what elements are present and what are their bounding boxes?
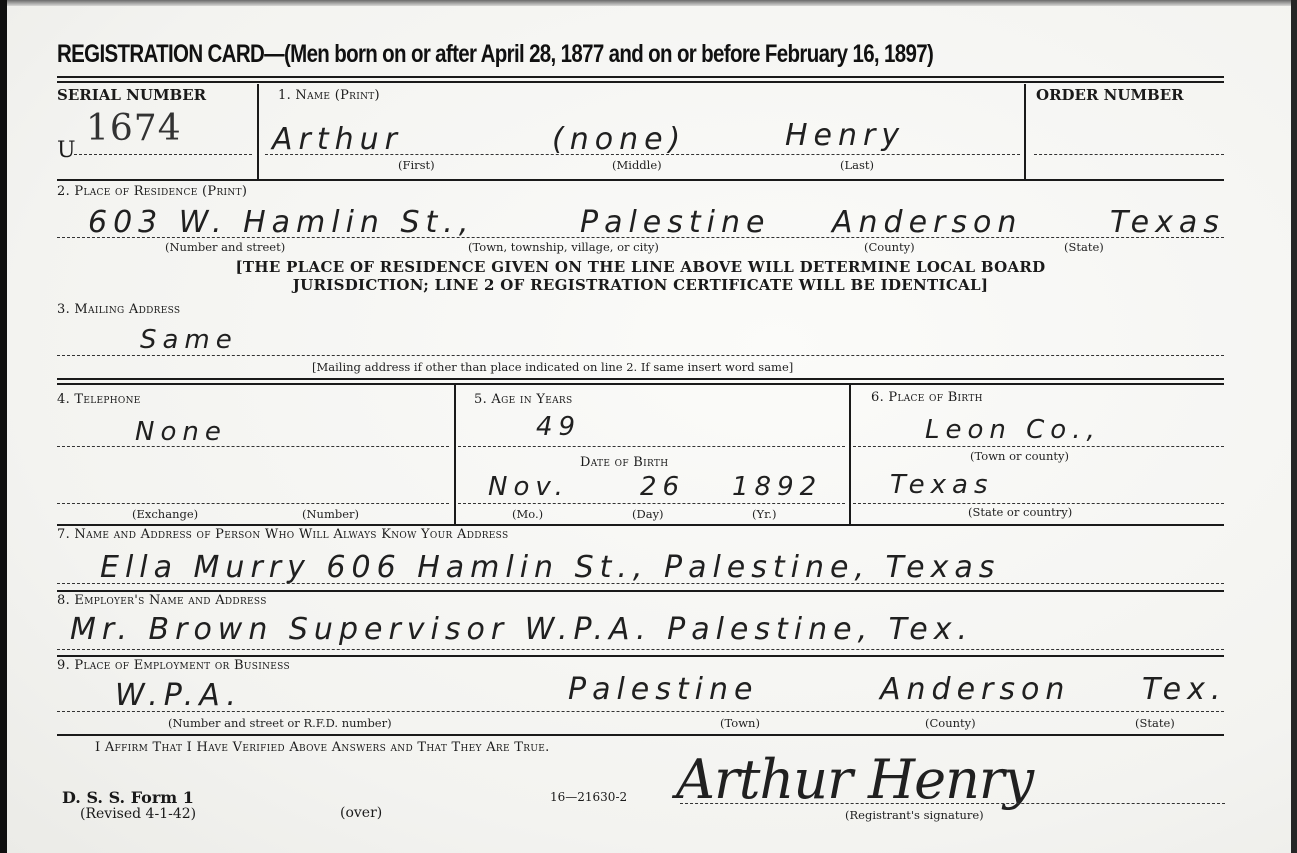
mailing-address-label: 3. Mailing Address — [57, 302, 180, 317]
age-value[interactable]: 49 — [536, 412, 581, 442]
name-line — [265, 154, 1020, 155]
employment-county-value[interactable]: Anderson — [880, 672, 1070, 707]
name-middle-value[interactable]: (none) — [552, 122, 686, 157]
telephone-line2 — [57, 503, 449, 504]
row8-rule — [57, 655, 1224, 657]
employment-street-caption: (Number and street or R.F.D. number) — [168, 716, 392, 730]
order-divider — [1024, 84, 1026, 180]
age-line — [458, 446, 845, 447]
employment-state-value[interactable]: Tex. — [1142, 672, 1226, 707]
birthplace-town-line — [853, 446, 1224, 447]
card-title: REGISTRATION CARD—(Men born on or after … — [57, 40, 933, 69]
form-revised: (Revised 4-1-42) — [80, 806, 196, 822]
employment-town-value[interactable]: Palestine — [568, 672, 758, 707]
telephone-value[interactable]: None — [135, 417, 227, 447]
mailing-line — [57, 355, 1224, 356]
residence-county-value[interactable]: Anderson — [832, 205, 1022, 240]
dob-line — [458, 503, 845, 504]
telephone-divider — [454, 385, 456, 525]
scan-edge-right — [1291, 0, 1297, 853]
age-divider — [849, 385, 851, 525]
form-id: D. S. S. Form 1 — [62, 788, 194, 807]
employer-line — [57, 649, 1224, 650]
employer-label: 8. Employer's Name and Address — [57, 593, 267, 608]
title-rule-top — [57, 76, 1224, 78]
telephone-line1 — [57, 446, 449, 447]
employment-county-caption: (County) — [925, 716, 976, 730]
residence-town-caption: (Town, township, village, or city) — [468, 240, 659, 254]
residence-state-caption: (State) — [1064, 240, 1104, 254]
row1-rule — [57, 179, 1224, 181]
birthplace-state-value[interactable]: Texas — [890, 470, 994, 500]
signature-line — [680, 803, 1225, 804]
dob-day-caption: (Day) — [632, 507, 664, 521]
order-number-line — [1034, 154, 1224, 155]
title-rule-bottom — [57, 81, 1224, 83]
contact-label: 7. Name and Address of Person Who Will A… — [57, 527, 508, 542]
scan-edge-left — [0, 0, 7, 853]
employment-place-label: 9. Place of Employment or Business — [57, 658, 290, 673]
contact-value[interactable]: Ella Murry 606 Hamlin St., Palestine, Te… — [100, 550, 1000, 585]
employment-line — [57, 711, 1224, 712]
residence-line — [57, 237, 1224, 238]
serial-line — [74, 154, 252, 155]
birthplace-label: 6. Place of Birth — [871, 390, 983, 405]
dob-month-value[interactable]: Nov. — [488, 472, 569, 502]
contact-line — [57, 583, 1224, 584]
name-middle-caption: (Middle) — [612, 158, 662, 172]
serial-prefix: U — [57, 138, 76, 163]
dob-month-caption: (Mo.) — [512, 507, 543, 521]
print-code: 16—21630-2 — [550, 790, 627, 804]
mailing-address-value[interactable]: Same — [140, 325, 238, 355]
dob-year-value[interactable]: 1892 — [732, 472, 822, 502]
residence-town-value[interactable]: Palestine — [580, 205, 770, 240]
birthplace-state-caption: (State or country) — [968, 505, 1072, 519]
affirmation-text: I Affirm That I Have Verified Above Answ… — [95, 740, 550, 755]
telephone-label: 4. Telephone — [57, 392, 141, 407]
birthplace-town-value[interactable]: Leon Co., — [925, 415, 1101, 445]
order-number-label: ORDER NUMBER — [1036, 86, 1184, 104]
row6-rule — [57, 524, 1224, 526]
employer-value[interactable]: Mr. Brown Supervisor W.P.A. Palestine, T… — [70, 612, 973, 647]
name-label: 1. Name (Print) — [278, 88, 380, 103]
residence-notice-line1: [THE PLACE OF RESIDENCE GIVEN ON THE LIN… — [57, 258, 1224, 276]
employment-street-value[interactable]: W.P.A. — [115, 678, 242, 713]
name-first-caption: (First) — [398, 158, 435, 172]
mailing-address-caption: [Mailing address if other than place ind… — [312, 360, 793, 374]
birthplace-town-caption: (Town or county) — [970, 449, 1069, 463]
over-note: (over) — [340, 805, 382, 821]
residence-county-caption: (County) — [864, 240, 915, 254]
residence-label: 2. Place of Residence (Print) — [57, 184, 247, 199]
serial-number-label: SERIAL NUMBER — [57, 86, 206, 104]
row7-rule — [57, 590, 1224, 592]
birthplace-state-line — [853, 503, 1224, 504]
signature-caption: (Registrant's signature) — [845, 808, 984, 822]
employment-state-caption: (State) — [1135, 716, 1175, 730]
name-last-caption: (Last) — [840, 158, 874, 172]
telephone-exchange-caption: (Exchange) — [132, 507, 198, 521]
row9-rule — [57, 734, 1224, 736]
dob-year-caption: (Yr.) — [752, 507, 776, 521]
residence-street-value[interactable]: 603 W. Hamlin St., — [88, 205, 474, 240]
serial-divider — [257, 84, 259, 180]
row3-rule-bottom — [57, 383, 1224, 385]
residence-state-value[interactable]: Texas — [1110, 205, 1225, 240]
residence-notice-line2: JURISDICTION; LINE 2 OF REGISTRATION CER… — [57, 276, 1224, 294]
dob-day-value[interactable]: 26 — [640, 472, 685, 502]
row3-rule-top — [57, 378, 1224, 380]
residence-street-caption: (Number and street) — [165, 240, 285, 254]
serial-number-value[interactable]: 1674 — [86, 108, 182, 149]
registrant-signature[interactable]: Arthur Henry — [676, 748, 1033, 811]
age-label: 5. Age in Years — [474, 392, 572, 407]
telephone-number-caption: (Number) — [302, 507, 359, 521]
name-last-value[interactable]: Henry — [785, 118, 905, 153]
date-of-birth-label: Date of Birth — [580, 455, 668, 470]
employment-town-caption: (Town) — [720, 716, 760, 730]
name-first-value[interactable]: Arthur — [272, 122, 403, 157]
